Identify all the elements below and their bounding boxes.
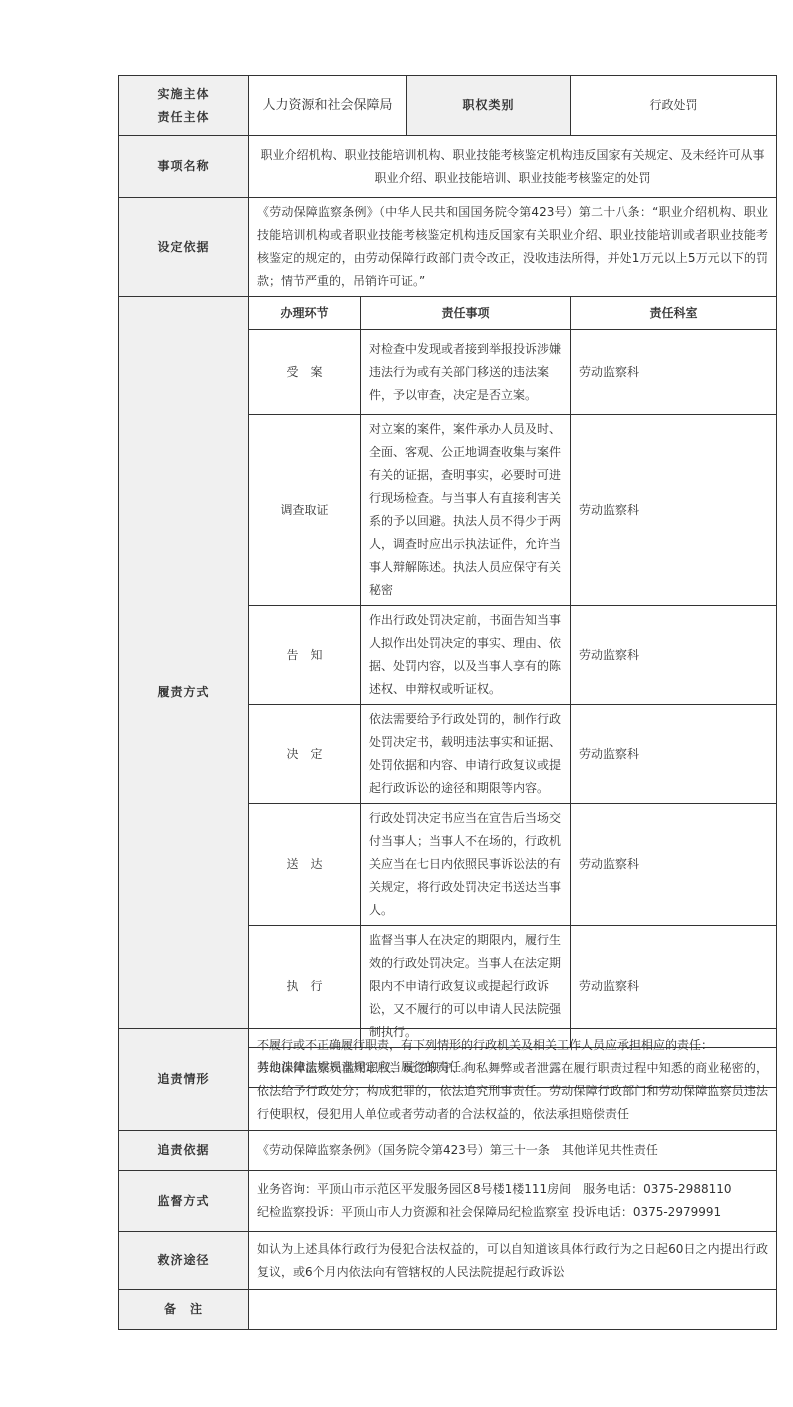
implementer-label-line2: 责任主体	[127, 106, 240, 129]
table-row: 履责方式 办理环节 责任事项 责任科室	[119, 297, 777, 330]
duty-desc-cell: 对检查中发现或者接到举报投诉涉嫌违法行为或有关部门移送的违法案件，予以审查，决定…	[361, 330, 571, 415]
accountability-basis-label: 追责依据	[119, 1131, 249, 1171]
accountability-table: 追责情形 不履行或不正确履行职责，有下列情形的行政机关及相关工作人员应承担相应的…	[118, 1028, 777, 1330]
duty-dept-cell: 劳动监察科	[571, 606, 777, 705]
duty-step-cell: 调查取证	[249, 415, 361, 606]
implementer-label-line1: 实施主体	[127, 83, 240, 106]
document-page: 实施主体 责任主体 人力资源和社会保障局 职权类别 行政处罚 事项名称 职业介绍…	[0, 0, 793, 1407]
supervision-label: 监督方式	[119, 1171, 249, 1232]
duty-step-cell: 决 定	[249, 705, 361, 804]
legal-basis-value: 《劳动保障监察条例》（中华人民共和国国务院令第423号）第二十八条：“职业介绍机…	[249, 198, 777, 297]
accountability-line1: 不履行或不正确履行职责，有下列情形的行政机关及相关工作人员应承担相应的责任：	[257, 1034, 768, 1057]
duty-dept-cell: 劳动监察科	[571, 415, 777, 606]
accountability-basis-value: 《劳动保障监察条例》（国务院令第423号）第三十一条 其他详见共性责任	[249, 1131, 777, 1171]
remedy-value: 如认为上述具体行政行为侵犯合法权益的，可以自知道该具体行政行为之日起60日之内提…	[249, 1232, 777, 1290]
power-type-label: 职权类别	[407, 76, 571, 136]
duty-desc-cell: 对立案的案件，案件承办人员及时、全面、客观、公正地调查收集与案件有关的证据，查明…	[361, 415, 571, 606]
supervision-line2: 纪检监察投诉：平顶山市人力资源和社会保障局纪检监察室 投诉电话：0375-297…	[257, 1201, 768, 1224]
duty-step-cell: 告 知	[249, 606, 361, 705]
remark-value	[249, 1290, 777, 1330]
column-header-dept: 责任科室	[571, 297, 777, 330]
supervision-line1: 业务咨询：平顶山市示范区平发服务园区8号楼1楼111房间 服务电话：0375-2…	[257, 1178, 768, 1201]
table-row: 实施主体 责任主体 人力资源和社会保障局 职权类别 行政处罚	[119, 76, 777, 136]
power-type-value: 行政处罚	[571, 76, 777, 136]
table-row: 备 注	[119, 1290, 777, 1330]
duty-dept-cell: 劳动监察科	[571, 705, 777, 804]
duty-desc-cell: 作出行政处罚决定前，书面告知当事人拟作出处罚决定的事实、理由、依据、处罚内容，以…	[361, 606, 571, 705]
table-row: 追责情形 不履行或不正确履行职责，有下列情形的行政机关及相关工作人员应承担相应的…	[119, 1029, 777, 1131]
implementer-label: 实施主体 责任主体	[119, 76, 249, 136]
duty-desc-cell: 行政处罚决定书应当在宣告后当场交付当事人；当事人不在场的，行政机关应当在七日内依…	[361, 804, 571, 926]
accountability-value: 不履行或不正确履行职责，有下列情形的行政机关及相关工作人员应承担相应的责任： 劳…	[249, 1029, 777, 1131]
duty-desc-cell: 依法需要给予行政处罚的，制作行政处罚决定书，载明违法事实和证据、处罚依据和内容、…	[361, 705, 571, 804]
duty-step-cell: 送 达	[249, 804, 361, 926]
item-name-label: 事项名称	[119, 136, 249, 198]
column-header-duty: 责任事项	[361, 297, 571, 330]
duty-dept-cell: 劳动监察科	[571, 330, 777, 415]
table-row: 设定依据 《劳动保障监察条例》（中华人民共和国国务院令第423号）第二十八条：“…	[119, 198, 777, 297]
accountability-line2: 劳动保障监察员滥用职权、玩忽职守、徇私舞弊或者泄露在履行职责过程中知悉的商业秘密…	[257, 1057, 768, 1126]
legal-basis-label: 设定依据	[119, 198, 249, 297]
implementer-value: 人力资源和社会保障局	[249, 76, 407, 136]
duty-dept-cell: 劳动监察科	[571, 804, 777, 926]
duty-step-cell: 受 案	[249, 330, 361, 415]
duty-section-label: 履责方式	[119, 297, 249, 1088]
table-row: 事项名称 职业介绍机构、职业技能培训机构、职业技能考核鉴定机构违反国家有关规定、…	[119, 136, 777, 198]
table-row: 追责依据 《劳动保障监察条例》（国务院令第423号）第三十一条 其他详见共性责任	[119, 1131, 777, 1171]
table-row: 监督方式 业务咨询：平顶山市示范区平发服务园区8号楼1楼111房间 服务电话：0…	[119, 1171, 777, 1232]
remedy-label: 救济途径	[119, 1232, 249, 1290]
item-name-value: 职业介绍机构、职业技能培训机构、职业技能考核鉴定机构违反国家有关规定、及未经许可…	[249, 136, 777, 198]
remark-label: 备 注	[119, 1290, 249, 1330]
supervision-value: 业务咨询：平顶山市示范区平发服务园区8号楼1楼111房间 服务电话：0375-2…	[249, 1171, 777, 1232]
accountability-label: 追责情形	[119, 1029, 249, 1131]
column-header-step: 办理环节	[249, 297, 361, 330]
duty-table: 实施主体 责任主体 人力资源和社会保障局 职权类别 行政处罚 事项名称 职业介绍…	[118, 75, 777, 1088]
table-row: 救济途径 如认为上述具体行政行为侵犯合法权益的，可以自知道该具体行政行为之日起6…	[119, 1232, 777, 1290]
